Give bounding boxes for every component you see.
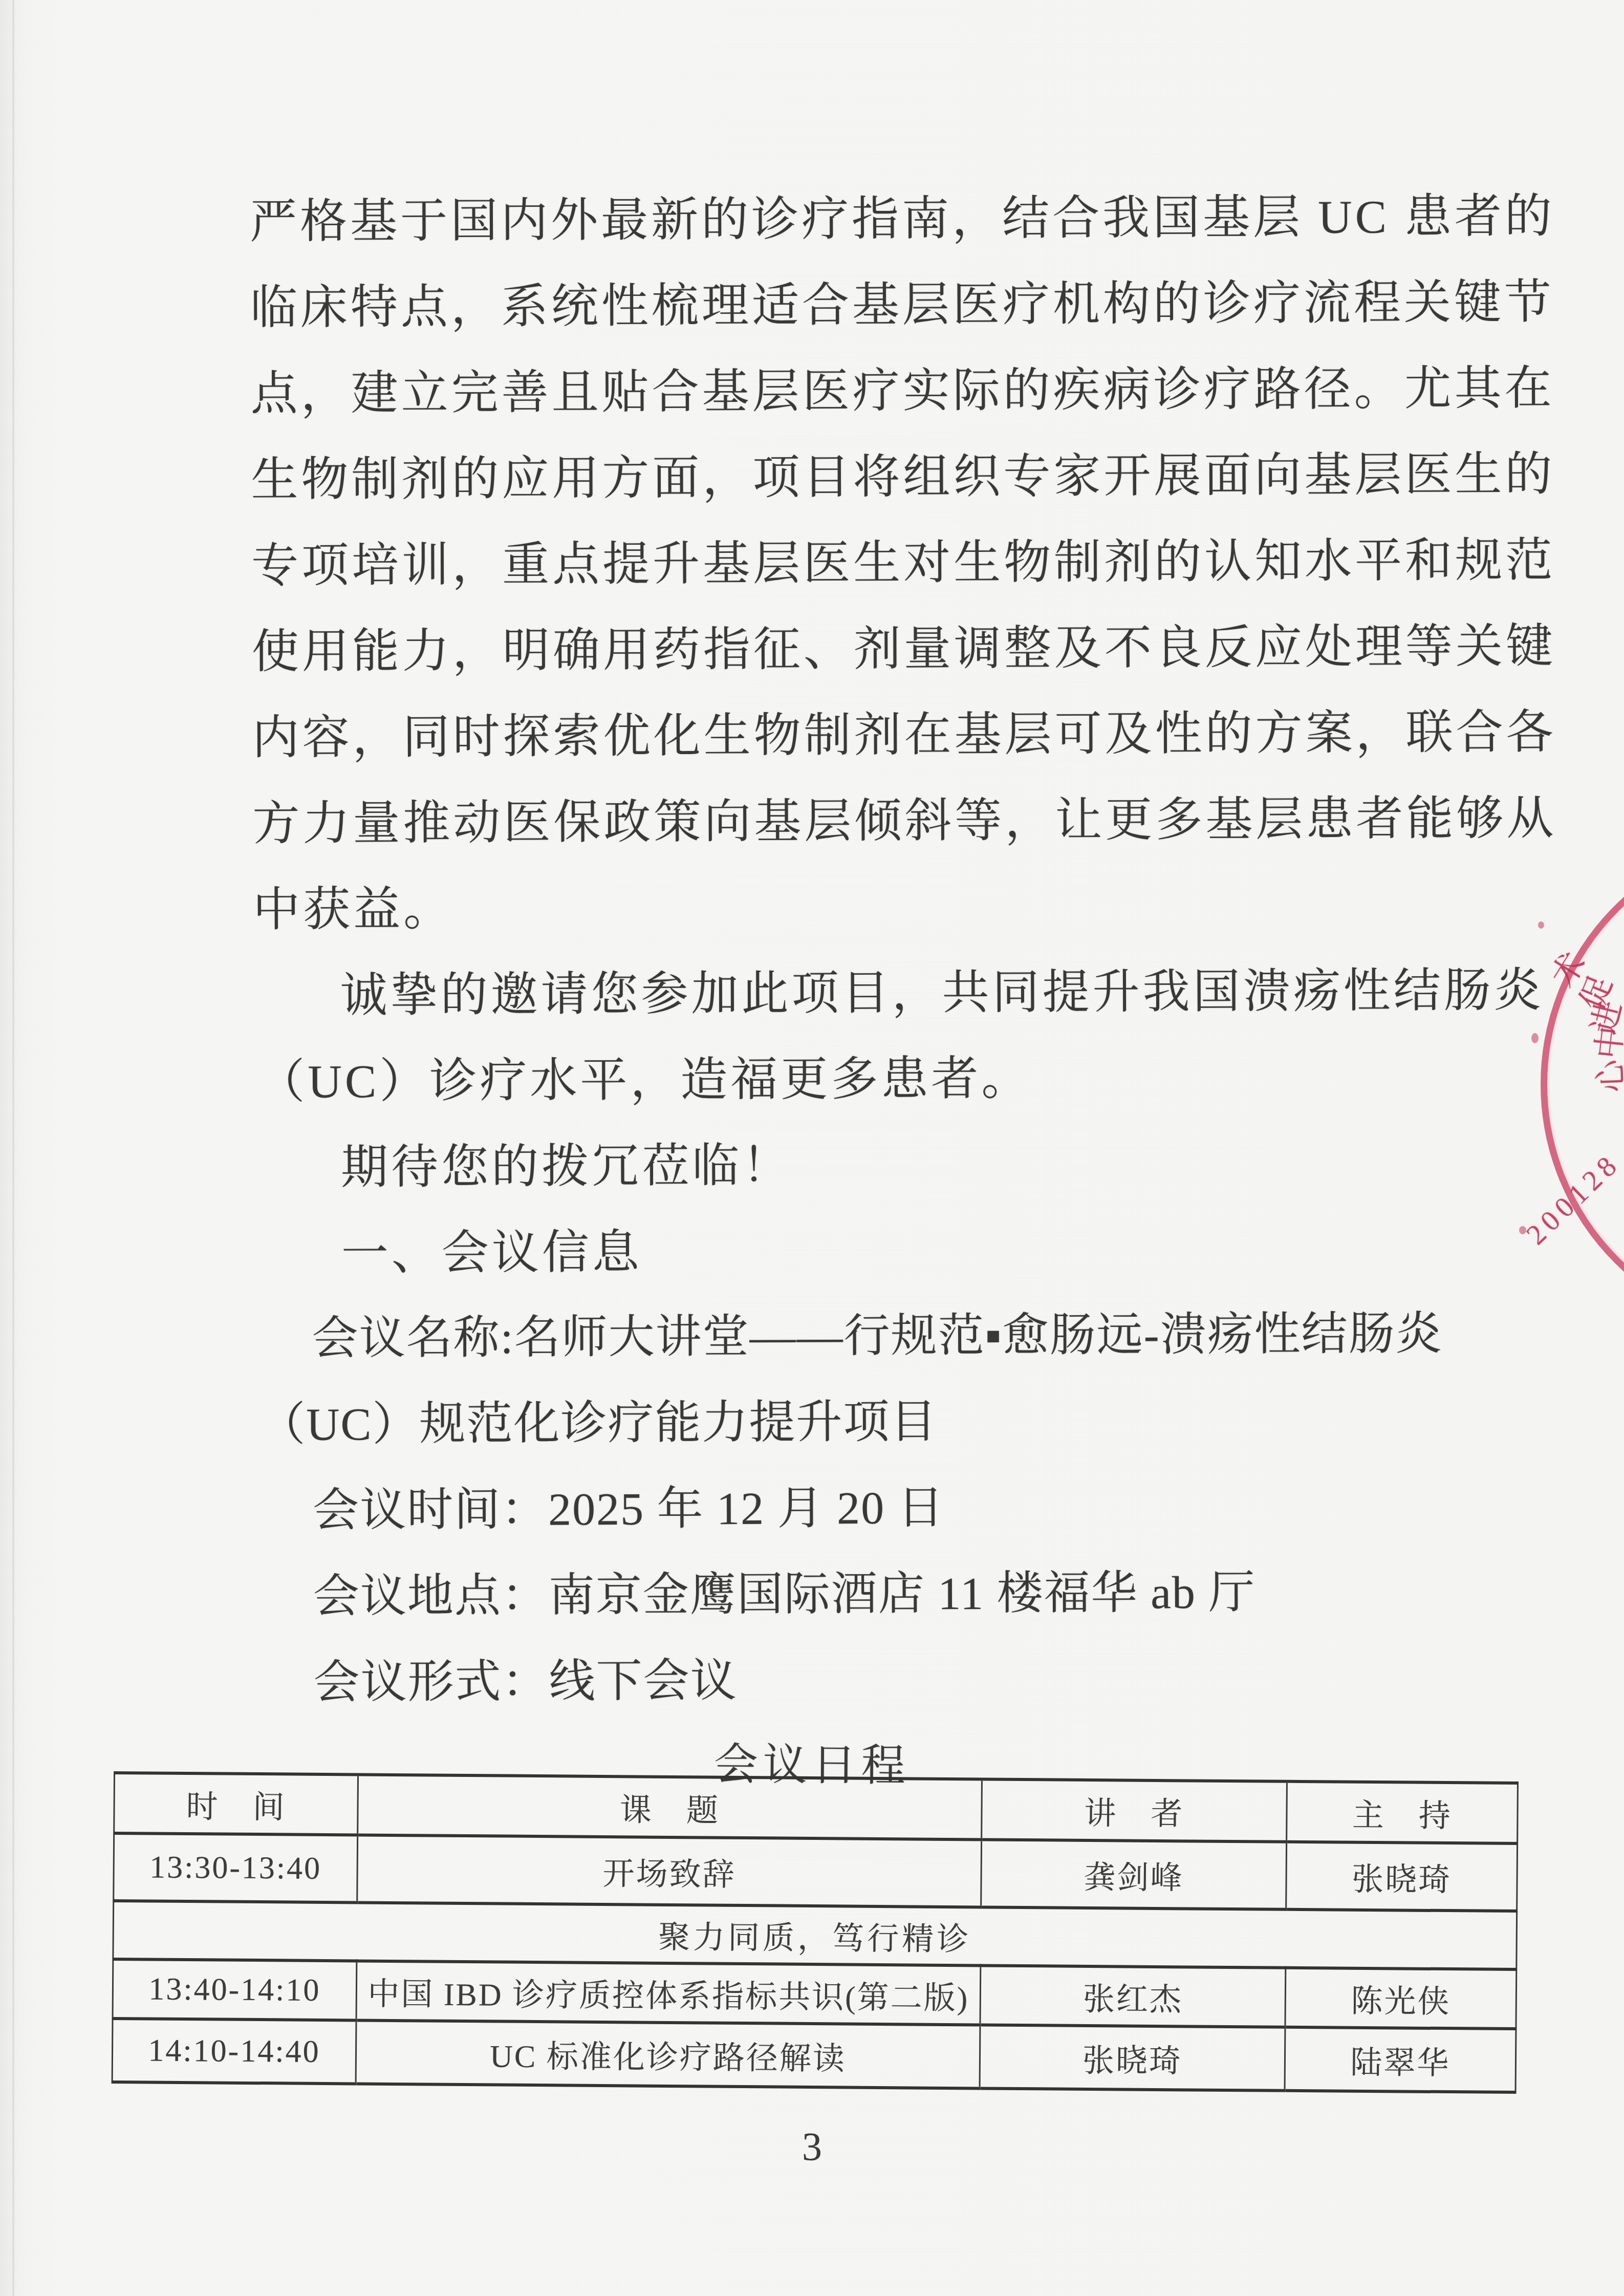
cell-time: 13:40-14:10: [113, 1959, 357, 2020]
info-line-meeting-name: 会议名称:名师大讲堂——行规范▪愈肠远-溃疡性结肠炎: [312, 1311, 1442, 1362]
section-heading: 一、会议信息: [341, 1229, 642, 1277]
session-banner-row: 聚力同质，笃行精诊: [113, 1901, 1517, 1969]
scanned-document-page: { "colors": { "paper": "#f4f4f2", "ink":…: [0, 0, 1624, 2296]
info-line-meeting-location: 会议地点：南京金鹰国际酒店 11 楼福华 ab 厅: [313, 1570, 1256, 1620]
schedule-row: 14:10-14:40 UC 标准化诊疗路径解读 张晓琦 陆翠华: [112, 2019, 1516, 2092]
cell-speaker: 龚剑峰: [981, 1839, 1287, 1909]
schedule-header-row: 时 间 课 题 讲 者 主 持: [114, 1773, 1518, 1843]
body-line: （UC）诊疗水平，造福更多患者。: [257, 1055, 1031, 1106]
schedule-header-time: 时 间: [114, 1773, 358, 1835]
info-line-meeting-format: 会议形式：线下会议: [313, 1658, 737, 1706]
cell-host: 陈光侠: [1285, 1968, 1517, 2029]
cell-topic: 开场致辞: [357, 1835, 982, 1907]
body-line: 点，建立完善且贴合基层医疗实际的疾病诊疗路径。尤其在: [250, 364, 1554, 417]
schedule-section: 会议日程 时 间 课 题 讲 者 主 持 13:30-13:40 开场致辞 龚剑…: [0, 1723, 1624, 1798]
body-line: 临床特点，系统性梳理适合基层医疗机构的诊疗流程关键节: [250, 278, 1554, 331]
scan-edge-line: [12, 0, 14, 2296]
info-line-meeting-name-2: （UC）规范化诊疗能力提升项目: [259, 1399, 937, 1448]
cell-time: 14:10-14:40: [112, 2019, 356, 2084]
info-line-meeting-time: 会议时间：2025 年 12 月 20 日: [313, 1485, 945, 1534]
cell-speaker: 张晓琦: [980, 2025, 1285, 2090]
body-line: 生物制剂的应用方面，项目将组织专家开展面向基层医生的: [251, 450, 1555, 503]
session-banner: 聚力同质，笃行精诊: [113, 1901, 1517, 1969]
cell-host: 陆翠华: [1285, 2027, 1516, 2092]
body-line: 专项培训，重点提升基层医生对生物制剂的认知水平和规范: [251, 537, 1555, 589]
body-line: 内容，同时探索优化生物制剂在基层可及性的方案，联合各: [252, 709, 1556, 761]
body-line: 使用能力，明确用药指征、剂量调整及不良反应处理等关键: [252, 623, 1556, 675]
schedule-row: 13:30-13:40 开场致辞 龚剑峰 张晓琦: [114, 1833, 1518, 1911]
page-number: 3: [0, 2123, 1624, 2170]
schedule-header-host: 主 持: [1287, 1782, 1518, 1843]
body-line: 诚挚的邀请您参加此项目，共同提升我国溃疡性结肠炎: [340, 967, 1544, 1019]
schedule-header-topic: 课 题: [358, 1775, 982, 1840]
body-line: 期待您的拨冗莅临！: [341, 1142, 792, 1191]
cell-topic: UC 标准化诊疗路径解读: [356, 2020, 980, 2088]
cell-speaker: 张红杰: [980, 1965, 1286, 2027]
cell-host: 张晓琦: [1286, 1842, 1518, 1911]
body-line: 中获益。: [253, 885, 453, 933]
schedule-table: 时 间 课 题 讲 者 主 持 13:30-13:40 开场致辞 龚剑峰 张晓琦…: [112, 1771, 1519, 2094]
body-line: 严格基于国内外最新的诊疗指南，结合我国基层 UC 患者的: [250, 192, 1555, 245]
cell-time: 13:30-13:40: [114, 1833, 358, 1902]
cell-topic: 中国 IBD 诊疗质控体系指标共识(第二版): [356, 1961, 981, 2025]
schedule-header-speaker: 讲 者: [982, 1779, 1287, 1841]
schedule-row: 13:40-14:10 中国 IBD 诊疗质控体系指标共识(第二版) 张红杰 陈…: [113, 1959, 1517, 2029]
body-line: 方力量推动医保政策向基层倾斜等，让更多基层患者能够从: [252, 795, 1556, 847]
